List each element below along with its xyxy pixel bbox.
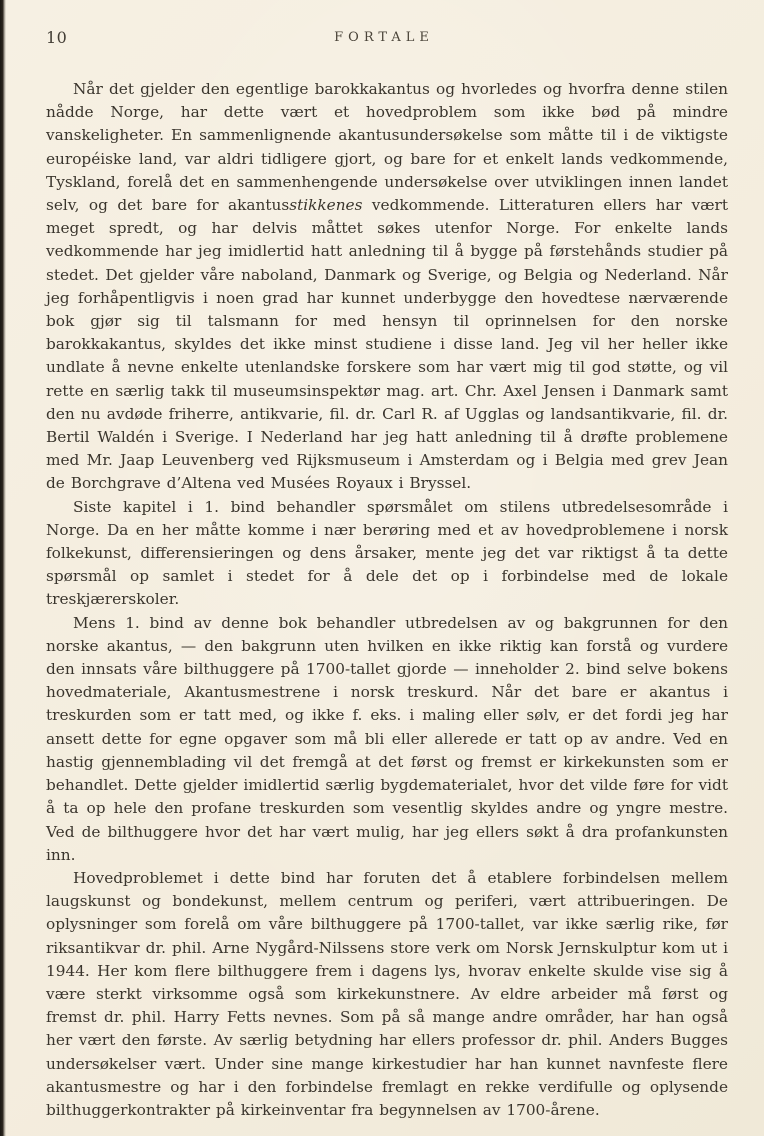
running-title: FORTALE: [46, 30, 722, 45]
paragraph: Hovedproblemet i dette bind har foruten …: [46, 867, 728, 1122]
text-run: Mens 1. bind av denne bok behandler utbr…: [46, 614, 728, 864]
paragraph: Når det gjelder den egentlige barokkakan…: [46, 78, 728, 496]
paragraph: Siste kapitel i 1. bind behandler spørsm…: [46, 496, 728, 612]
italic-run: stikkenes: [289, 196, 362, 214]
text-run: Siste kapitel i 1. bind behandler spørsm…: [46, 498, 728, 609]
page-header: 10 FORTALE: [46, 27, 722, 49]
book-page: 10 FORTALE Når det gjelder den egentlige…: [0, 0, 764, 1136]
text-run: Når det gjelder den egentlige barokkakan…: [46, 80, 728, 214]
scan-edge-strip: [0, 0, 6, 1136]
text-run: Hovedproblemet i dette bind har foruten …: [46, 869, 728, 1119]
body-text: Når det gjelder den egentlige barokkakan…: [46, 78, 728, 1122]
paragraph: Mens 1. bind av denne bok behandler utbr…: [46, 612, 728, 867]
text-run: vedkommende. Litteraturen ellers har vær…: [46, 196, 728, 492]
